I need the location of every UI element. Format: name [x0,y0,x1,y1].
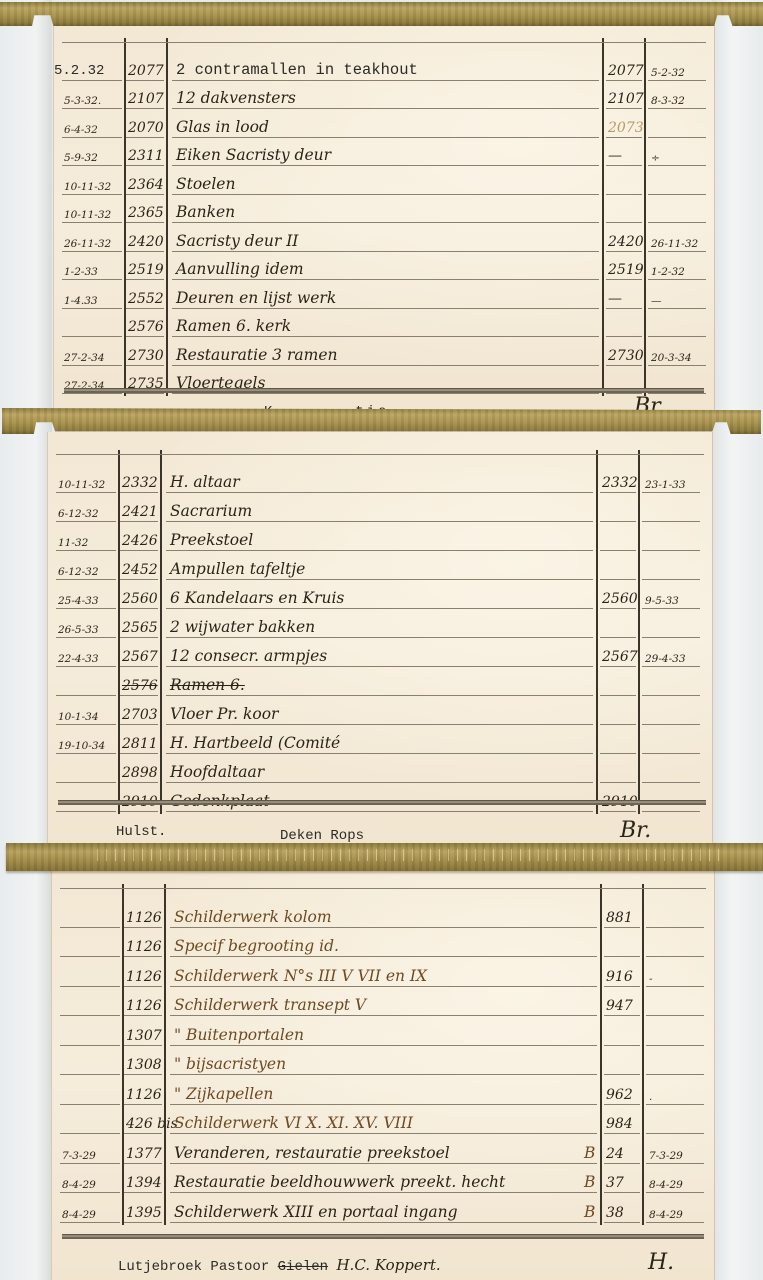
ledger-row: 8-4-291395Schilderwerk XIII en portaal i… [52,1193,714,1223]
entry-description: Ramen 6. [170,676,245,694]
entry-number: 1126 [126,910,162,926]
ledger-row: 10-1-342703Vloer Pr. koor [48,696,712,725]
ledger-row: 1126Schilderwerk kolom881 [52,898,714,928]
ledger-row: 1-4.332552Deuren en lijst werk—— [54,280,714,309]
entry-number: 2452 [122,562,158,578]
ledger-row: 1126" Zijkapellen962. [52,1075,714,1105]
entry-description: Sacrarium [170,502,252,520]
ledger-row: 19-10-342811H. Hartbeeld (Comité [48,725,712,754]
ledger-row: 25-4-3325606 Kandelaars en Kruis25609-5-… [48,580,712,609]
entry-description: Schilderwerk XIII en portaal ingang [174,1203,458,1221]
card-bottom-rule [64,388,704,393]
entry-number: 2365 [128,205,164,221]
entry-ref-date: . [649,1091,652,1103]
entry-date: 5.2.32 [54,63,104,79]
entry-description: 2 wijwater bakken [170,618,315,636]
entry-date: 27-2-34 [64,352,105,364]
entry-ref-number: 2560 [602,591,638,607]
entry-ref-date: 26-11-32 [651,238,698,250]
entry-date: 10-11-32 [64,209,111,221]
ledger-row: 1126Specif begrooting id. [52,928,714,958]
entry-description: Sacristy deur II [176,232,298,250]
entry-number: 1394 [126,1175,162,1191]
ledger-row: 2576Ramen 6. [48,667,712,696]
entry-number: 1126 [126,998,162,1014]
entry-number: 2565 [122,620,158,636]
entry-date: 10-11-32 [64,181,111,193]
ledger-row: 5-9-322311Eiken Sacristy deur—÷ [54,138,714,167]
entry-ref-date: 7-3-29 [649,1150,683,1162]
entry-date: 10-1-34 [58,711,99,723]
entry-number: 1377 [126,1146,162,1162]
card-2-footer-title: Deken Rops [280,828,364,844]
ledger-row: 26-5-3325652 wijwater bakken [48,609,712,638]
row-rule [600,811,636,812]
entry-description: Stoelen [176,175,235,193]
entry-number: 1308 [126,1057,162,1073]
entry-date: 5-3-32. [64,95,101,107]
register-card-3: 1126Schilderwerk kolom8811126Specif begr… [52,866,714,1280]
entry-ref-date: 1-2-32 [651,266,685,278]
entry-description: Vloer Pr. koor [170,705,278,723]
entry-number: 2421 [122,504,158,520]
entry-description: 2 contramallen in teakhout [176,61,418,79]
ledger-row: 2898Hoofdaltaar [48,754,712,783]
ledger-row: 1126Schilderwerk transept V947 [52,987,714,1017]
entry-description: Restauratie beeldhouwwerk preekt. hecht [174,1173,505,1191]
entry-ref-number: 2730 [608,348,644,364]
row-rule [56,811,116,812]
entry-ref-number: — [608,291,622,307]
register-card-1: 5.2.3220772 contramallen in teakhout2077… [54,20,714,420]
row-rule [120,811,158,812]
entry-number: 2576 [122,678,158,694]
entry-ref-number: 2073 [608,120,644,136]
scan-background-right [712,0,763,1280]
entry-ref-date: — [651,295,662,307]
card-3-footer-name: H.C. Koppert. [336,1256,440,1274]
entry-date: 8-4-29 [62,1179,96,1191]
entry-ref-date: 20-3-34 [651,352,692,364]
brass-clamp-bar-2 [2,408,761,434]
entry-number: 2576 [128,319,164,335]
entry-ref-number: 2107 [608,91,644,107]
entry-ref-number: 2567 [602,649,638,665]
ledger-row: 2910Gedenkplaat2910 [48,783,712,812]
row-rule [166,811,593,812]
entry-description: " Buitenportalen [174,1026,304,1044]
ledger-row: 1-2-332519Aanvulling idem25191-2-32 [54,252,714,281]
entry-number: 1395 [126,1205,162,1221]
card-3-footer: Lutjebroek Pastoor Gielen H.C. Koppert. [118,1256,441,1275]
ledger-row: 7-3-291377Veranderen, restauratie preeks… [52,1134,714,1164]
entry-date: 19-10-34 [58,740,105,752]
entry-number: 2332 [122,475,158,491]
ledger-row: 26-11-322420Sacristy deur II242026-11-32 [54,223,714,252]
entry-ref-number: 24 [606,1146,624,1162]
row-rule [604,1222,640,1223]
entry-description: " bijsacristyen [174,1055,286,1073]
entry-description: Specif begrooting id. [174,937,339,955]
entry-description: Eiken Sacristy deur [176,146,331,164]
entry-number: 2811 [122,736,158,752]
entry-description: Ampullen tafeltje [170,560,305,578]
entry-number: 2077 [128,63,164,79]
entry-number: 2560 [122,591,158,607]
entry-date: 8-4-29 [62,1209,96,1221]
entry-date: 26-11-32 [64,238,111,250]
entry-description: Schilderwerk transept V [174,996,366,1014]
ledger-row: 10-11-322365Banken [54,195,714,224]
entry-description: Ramen 6. kerk [176,317,291,335]
entry-description: Banken [176,203,235,221]
entry-number: 2311 [128,148,164,164]
ledger-row: 8-4-291394Restauratie beeldhouwwerk pree… [52,1164,714,1194]
entry-description: " Zijkapellen [174,1085,273,1103]
entry-date: 6-12-32 [58,566,99,578]
entry-number: 2567 [122,649,158,665]
entry-number: 2703 [122,707,158,723]
ledger-row: 2576Ramen 6. kerk [54,309,714,338]
entry-ref-date: 5-2-32 [651,67,685,79]
card-bottom-rule [58,800,706,805]
entry-date: 26-5-33 [58,624,99,636]
entry-ref-number: 2332 [602,475,638,491]
entry-date: 6-4-32 [64,124,98,136]
entry-description: Hoofdaltaar [170,763,264,781]
entry-date: 11-32 [58,537,88,549]
entry-ref-date: - [649,973,653,985]
entry-description: Schilderwerk kolom [174,908,332,926]
entry-number: 1126 [126,969,162,985]
entry-description: 12 dakvensters [176,89,296,107]
card-2-initials: Br. [620,818,651,843]
ledger-row: 6-12-322452Ampullen tafeltje [48,551,712,580]
row-rule [62,393,122,394]
row-rule [646,1222,704,1223]
ledger-row: 10-11-322364Stoelen [54,166,714,195]
entry-description: H. Hartbeeld (Comité [170,734,340,752]
entry-ref-date: 23-1-33 [645,479,686,491]
scan-background-left [0,0,52,1280]
card-3-footer-struck-name: Gielen [278,1259,328,1275]
row-rule [170,1222,597,1223]
entry-ref-date: 8-4-29 [649,1179,683,1191]
ledger-row: 1308" bijsacristyen [52,1046,714,1076]
entry-number: 2519 [128,262,164,278]
top-rule [56,454,704,455]
entry-ref-date: 9-5-33 [645,595,679,607]
entry-number: 1126 [126,939,162,955]
entry-description: Preekstoel [170,531,253,549]
entry-number: 1307 [126,1028,162,1044]
entry-ref-number: 984 [606,1116,633,1132]
row-rule [124,1222,162,1223]
ledger-row: 1126Schilderwerk N°s III V VII en IX916- [52,957,714,987]
entry-description: Aanvulling idem [176,260,304,278]
row-rule [172,393,599,394]
entry-ref-date: ÷ [651,152,660,164]
entry-ref-date: 8-4-29 [649,1209,683,1221]
entry-number: 2107 [128,91,164,107]
top-rule [60,888,706,889]
entry-number: 2420 [128,234,164,250]
row-rule [126,393,164,394]
entry-description: Restauratie 3 ramen [176,346,337,364]
entry-number: 2426 [122,533,158,549]
entry-description: Schilderwerk VI X. XI. XV. VIII [174,1114,413,1132]
card-3-footer-place: Lutjebroek [118,1259,202,1275]
entry-ref-number: 881 [606,910,633,926]
entry-ref-number: 38 [606,1205,624,1221]
entry-mark: B [584,1144,595,1162]
entry-ref-number: 2420 [608,234,644,250]
card-3-footer-title: Pastoor [210,1259,269,1275]
card-2-footer-place: Hulst. [116,824,166,840]
entry-number: 426 bis [126,1116,178,1132]
entry-ref-number: — [608,148,622,164]
entry-description: Glas in lood [176,118,269,136]
entry-date: 7-3-29 [62,1150,96,1162]
entry-description: H. altaar [170,473,240,491]
entry-date: 10-11-32 [58,479,105,491]
entry-description: Veranderen, restauratie preekstoel [174,1144,450,1162]
ledger-row: 27-2-342730Restauratie 3 ramen273020-3-3… [54,337,714,366]
entry-ref-date: 8-3-32 [651,95,685,107]
ledger-row: 11-322426Preekstoel [48,522,712,551]
ledger-row: 5.2.3220772 contramallen in teakhout2077… [54,52,714,81]
brass-clamp-bar-3 [6,843,763,871]
ledger-row: 1307" Buitenportalen [52,1016,714,1046]
row-rule [642,811,700,812]
entry-ref-date: 29-4-33 [645,653,686,665]
entry-date: 25-4-33 [58,595,99,607]
ledger-row: 5-3-32.210712 dakvensters21078-3-32 [54,81,714,110]
entry-ref-number: 37 [606,1175,624,1191]
entry-description: Schilderwerk N°s III V VII en IX [174,967,427,985]
entry-description: 6 Kandelaars en Kruis [170,589,344,607]
card-bottom-rule [62,1234,704,1239]
entry-ref-number: 962 [606,1087,633,1103]
entry-mark: B [584,1203,595,1221]
entry-number: 2552 [128,291,164,307]
ledger-row: 426 bisSchilderwerk VI X. XI. XV. VIII98… [52,1105,714,1135]
entry-number: 1126 [126,1087,162,1103]
entry-description: 12 consecr. armpjes [170,647,327,665]
entry-number: 2070 [128,120,164,136]
entry-number: 2898 [122,765,158,781]
entry-description: Deuren en lijst werk [176,289,336,307]
entry-number: 2730 [128,348,164,364]
entry-mark: B [584,1173,595,1191]
ledger-row: 6-4-322070Glas in lood2073 [54,109,714,138]
brass-clamp-bar-1 [0,2,763,26]
card-3-initials: H. [648,1250,674,1275]
row-rule [60,1222,120,1223]
entry-date: 22-4-33 [58,653,99,665]
entry-date: 1-4.33 [64,295,98,307]
register-card-2: 10-11-322332H. altaar233223-1-336-12-322… [48,432,712,852]
ledger-row: 6-12-322421Sacrarium [48,493,712,522]
ledger-row: 22-4-33256712 consecr. armpjes256729-4-3… [48,638,712,667]
entry-ref-number: 947 [606,998,633,1014]
entry-ref-number: 916 [606,969,633,985]
top-rule [62,42,706,43]
entry-ref-number: 2519 [608,262,644,278]
entry-date: 5-9-32 [64,152,98,164]
ledger-row: 10-11-322332H. altaar233223-1-33 [48,464,712,493]
entry-date: 6-12-32 [58,508,99,520]
entry-number: 2364 [128,177,164,193]
entry-date: 1-2-33 [64,266,98,278]
entry-ref-number: 2077 [608,63,644,79]
